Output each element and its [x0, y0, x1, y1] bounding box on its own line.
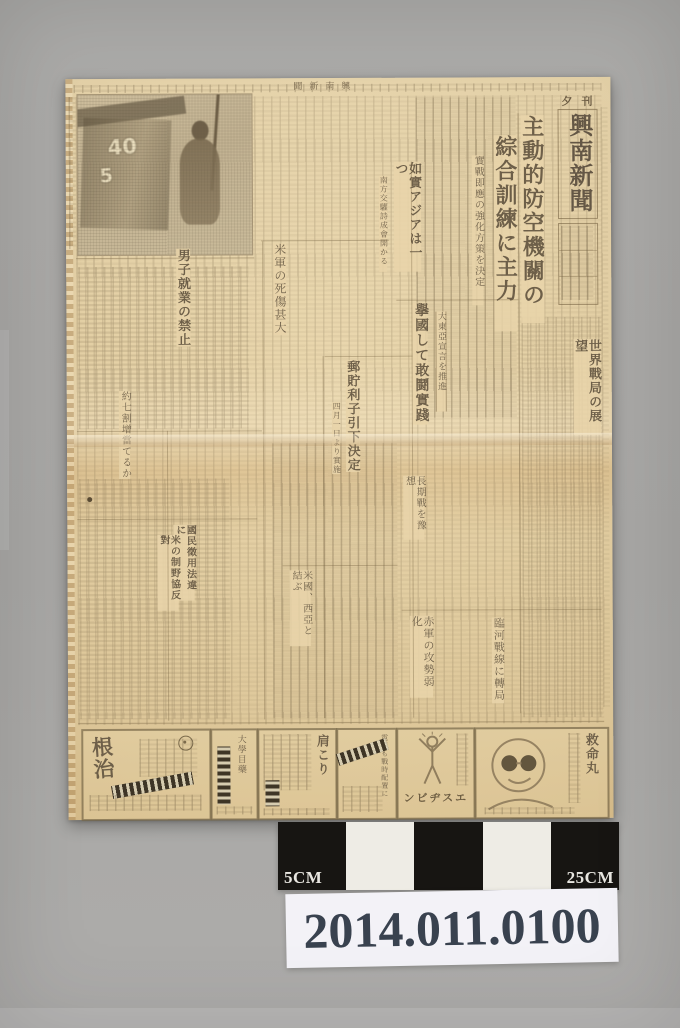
- ad-electric: 電氣も戰時配置に: [336, 728, 397, 820]
- headline-us-losses: 米軍の死傷甚大: [273, 243, 286, 335]
- ad-konji-footer: [90, 795, 202, 811]
- headline-rinka-front: 臨河戰線に轉局: [492, 617, 504, 703]
- info-box-line-2: [559, 276, 597, 277]
- ad-stiff-shoulder-chip: [265, 780, 279, 806]
- headline-male-work: 男子就業の禁止: [176, 249, 190, 347]
- scale-segment-white-2: [483, 822, 551, 890]
- scale-right-label: 25CM: [567, 868, 614, 888]
- headline-main-sub: 實戰即應の強化方策を決定: [472, 155, 483, 305]
- accession-number: 2014.011.0100: [303, 896, 601, 960]
- info-box-line-1: [559, 250, 597, 251]
- ad-eyedrops: 大學目藥: [210, 728, 258, 820]
- ad-tonic: ンビヂスエ: [396, 727, 475, 819]
- scale-left-label: 5CM: [284, 868, 322, 888]
- scale-segment-black-2: [414, 822, 482, 890]
- ad-stiff-shoulder-footer: [264, 808, 330, 815]
- masthead-info-box: [558, 223, 598, 305]
- ad-tonic-figure-icon: [412, 732, 452, 788]
- headline-postal-savings: 郵貯利子引下決定: [346, 360, 360, 472]
- headline-main-left: 綜合訓練に主力: [494, 135, 518, 331]
- edition-label: 夕刊: [561, 93, 601, 109]
- background-bottom-band: [0, 1008, 680, 1028]
- headline-usa-westasia: 米國、西亞と結ぶ: [290, 570, 311, 646]
- scale-segment-white-1: [346, 822, 414, 890]
- accession-label: 2014.011.0100: [285, 888, 618, 968]
- body-text-patch-5: [79, 478, 230, 719]
- ad-kyumeigan-text: [568, 733, 580, 803]
- ad-tonic-text: [456, 733, 468, 785]
- ad-stiff-shoulder-title: 肩こり: [315, 734, 329, 782]
- right-margin-microtext: [601, 107, 611, 707]
- ad-kyumeigan-footer: [485, 807, 575, 814]
- headline-postal-sub: 四月一日より實施: [332, 402, 341, 474]
- headline-greater-east-asia: 大東亞宣言を推進: [435, 312, 447, 412]
- body-text-patch-2: [78, 266, 249, 429]
- headline-asia-sub: 南方交驩詩成會開かる: [379, 176, 388, 272]
- paper-spot: [87, 497, 92, 502]
- headline-seventy-percent: 約七割增當てるか: [119, 391, 130, 479]
- news-photo: 40 5: [76, 93, 253, 256]
- masthead-title: 興南新聞: [565, 113, 591, 213]
- headline-world-war: 世界戰局の展望: [574, 339, 602, 435]
- headline-asia: 如實アジアは一つ: [394, 162, 422, 272]
- ad-konji-title: 根治: [90, 735, 116, 786]
- masthead-box: 興南新聞: [558, 109, 598, 219]
- headline-fight-practice: 擧國して敢鬪實踐: [412, 303, 427, 425]
- headline-main-right: 主動的防空機關の: [521, 115, 545, 323]
- top-strip-masthead: 聞新南興: [293, 79, 357, 92]
- ad-eyedrops-footer: [217, 806, 253, 814]
- ad-eyedrops-band: [217, 746, 230, 804]
- ad-stiff-shoulder: 肩こり: [257, 728, 337, 820]
- ad-kyumeigan: 救命丸: [474, 727, 609, 820]
- ad-eyedrops-title: 大學目藥: [236, 734, 246, 796]
- photo-caption-column: [68, 97, 76, 249]
- ad-konji: 根治: [81, 729, 211, 822]
- ad-electric-text: [342, 786, 382, 812]
- ad-tonic-brand: ンビヂスエ: [403, 789, 468, 805]
- background-light-streak: [0, 330, 9, 550]
- photo-scale-bar: 5CM 25CM: [278, 822, 619, 890]
- ad-kyumeigan-face-icon: [482, 731, 566, 813]
- ad-kyumeigan-brand: 救命丸: [584, 733, 598, 783]
- newspaper-page: 聞新南興 40 5 夕刊 興南新聞: [65, 77, 613, 820]
- artifact-photo: 聞新南興 40 5 夕刊 興南新聞: [0, 0, 680, 1028]
- masthead-info-text: [561, 226, 593, 300]
- headline-long-war: 長期戰を豫想: [403, 476, 424, 540]
- halftone-grain: [77, 94, 252, 255]
